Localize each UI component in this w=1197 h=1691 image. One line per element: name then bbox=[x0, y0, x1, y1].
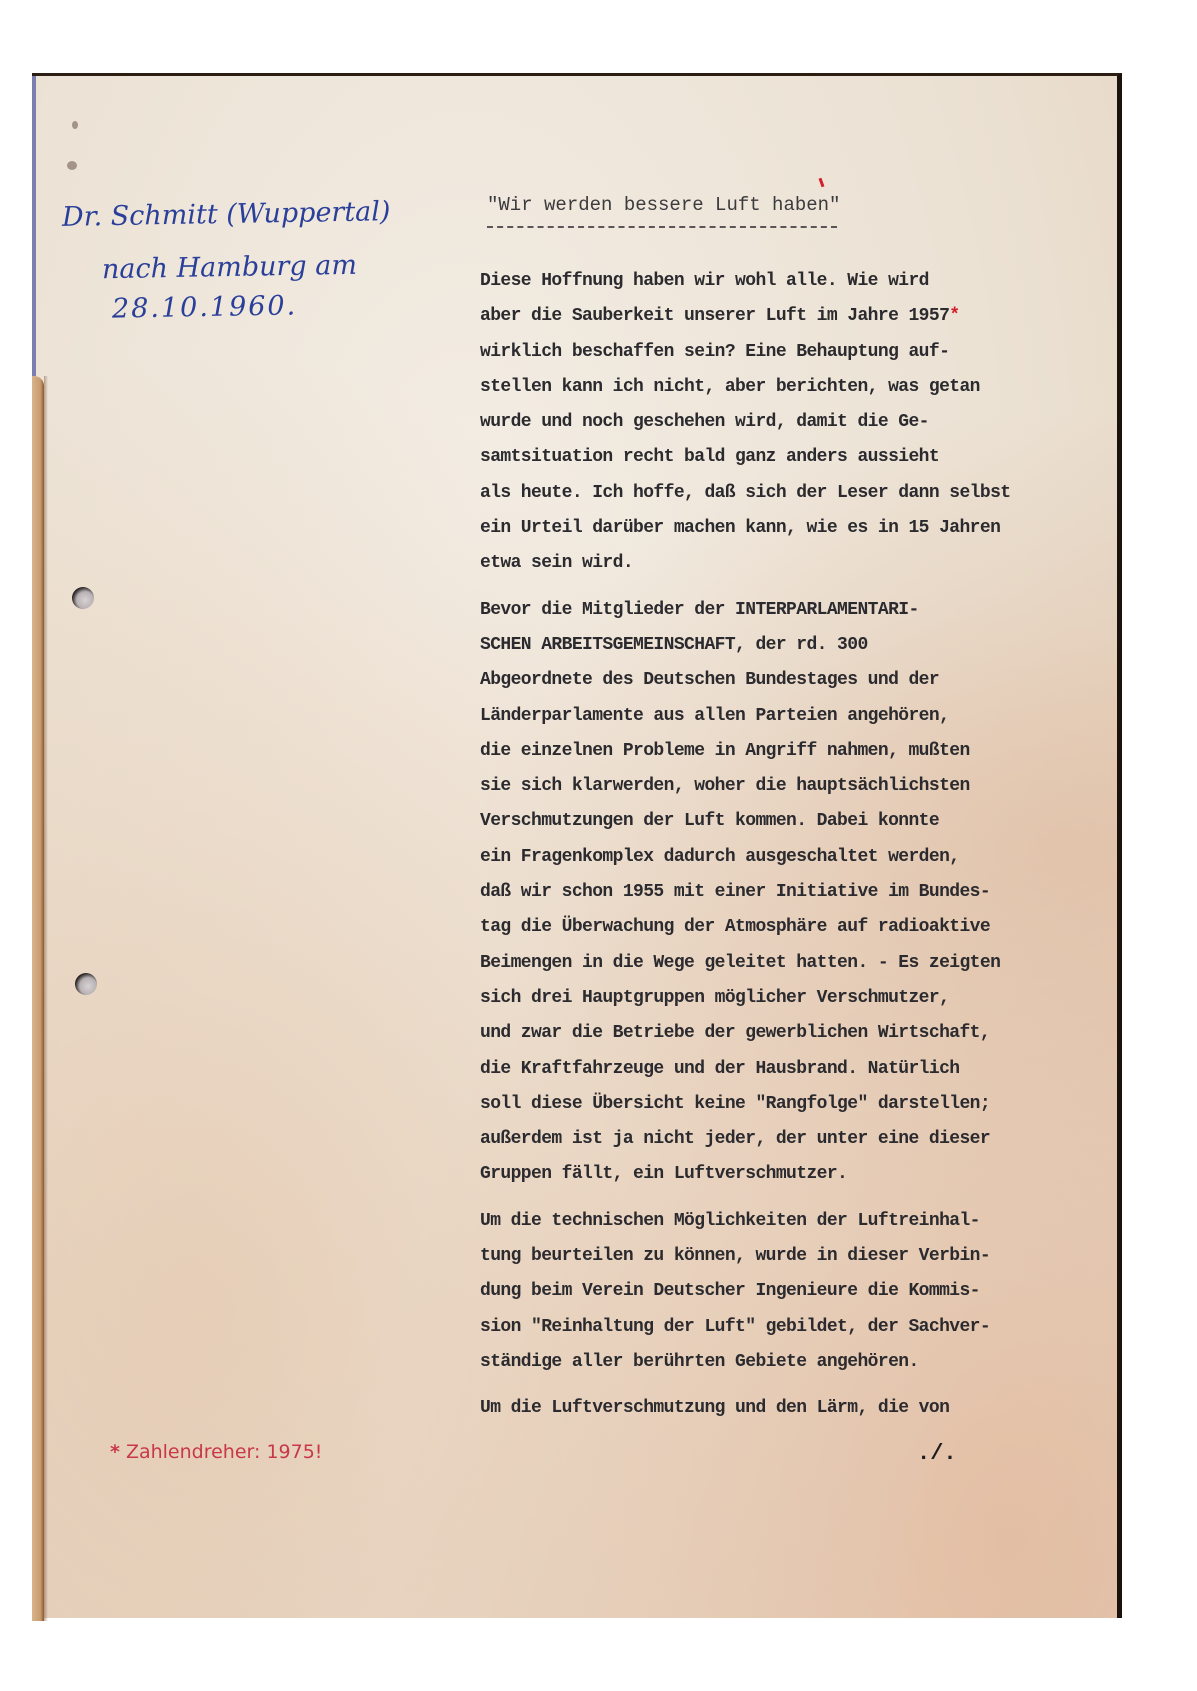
text-line: Diese Hoffnung haben wir wohl alle. Wie … bbox=[480, 264, 1080, 299]
text-line: samtsituation recht bald ganz anders aus… bbox=[480, 440, 1080, 475]
text-line: Um die Luftverschmutzung und den Lärm, d… bbox=[480, 1391, 1080, 1426]
red-correction-mark bbox=[819, 178, 825, 187]
title-underline bbox=[487, 226, 837, 228]
paragraph: Um die technischen Möglichkeiten der Luf… bbox=[480, 1204, 1080, 1380]
text-line: etwa sein wird. bbox=[480, 546, 1080, 581]
binding-edge bbox=[32, 376, 44, 1621]
handwritten-note-line: 28.10.1960. bbox=[112, 292, 298, 322]
text-line: ein Urteil darüber machen kann, wie es i… bbox=[480, 511, 1080, 546]
paragraph: Diese Hoffnung haben wir wohl alle. Wie … bbox=[480, 264, 1080, 582]
text-line: die Kraftfahrzeuge und der Hausbrand. Na… bbox=[480, 1052, 1080, 1087]
continuation-mark: ./. bbox=[917, 1441, 957, 1466]
staple-mark bbox=[67, 161, 77, 170]
text-line: Länderparlamente aus allen Parteien ange… bbox=[480, 699, 1080, 734]
text-line: Abgeordnete des Deutschen Bundestages un… bbox=[480, 663, 1080, 698]
handwritten-note-line: Dr. Schmitt (Wuppertal) bbox=[62, 198, 391, 231]
binding-shadow bbox=[44, 376, 48, 1621]
footnote: *Zahlendreher: 1975! bbox=[110, 1441, 322, 1463]
text-line: Um die technischen Möglichkeiten der Luf… bbox=[480, 1204, 1080, 1239]
text-line: stellen kann ich nicht, aber berichten, … bbox=[480, 370, 1080, 405]
footnote-marker: * bbox=[110, 1441, 120, 1463]
footnote-text: Zahlendreher: 1975! bbox=[126, 1441, 322, 1463]
punch-hole bbox=[75, 973, 97, 995]
text-line: tung beurteilen zu können, wurde in dies… bbox=[480, 1239, 1080, 1274]
text-line: die einzelnen Probleme in Angriff nahmen… bbox=[480, 734, 1080, 769]
text-line: ständige aller berührten Gebiete angehör… bbox=[480, 1345, 1080, 1380]
text-line: wirklich beschaffen sein? Eine Behauptun… bbox=[480, 335, 1080, 370]
text-line: Gruppen fällt, ein Luftverschmutzer. bbox=[480, 1157, 1080, 1192]
paragraph: Um die Luftverschmutzung und den Lärm, d… bbox=[480, 1391, 1080, 1426]
text-line: Verschmutzungen der Luft kommen. Dabei k… bbox=[480, 804, 1080, 839]
text-line: wurde und noch geschehen wird, damit die… bbox=[480, 405, 1080, 440]
text-line: sion "Reinhaltung der Luft" gebildet, de… bbox=[480, 1310, 1080, 1345]
document-title: "Wir werden bessere Luft haben" bbox=[487, 194, 840, 216]
text-line: Bevor die Mitglieder der INTERPARLAMENTA… bbox=[480, 593, 1080, 628]
punch-hole bbox=[72, 587, 94, 609]
text-line: tag die Überwachung der Atmosphäre auf r… bbox=[480, 910, 1080, 945]
text-line: als heute. Ich hoffe, daß sich der Leser… bbox=[480, 476, 1080, 511]
text-line: außerdem ist ja nicht jeder, der unter e… bbox=[480, 1122, 1080, 1157]
text-line: sich drei Hauptgruppen möglicher Verschm… bbox=[480, 981, 1080, 1016]
paragraph: Bevor die Mitglieder der INTERPARLAMENTA… bbox=[480, 593, 1080, 1193]
text-line: ein Fragenkomplex dadurch ausgeschaltet … bbox=[480, 840, 1080, 875]
staple-mark bbox=[72, 121, 78, 129]
footnote-marker: * bbox=[949, 306, 959, 326]
scanned-page: Dr. Schmitt (Wuppertal) nach Hamburg am … bbox=[32, 73, 1122, 1618]
text-line: daß wir schon 1955 mit einer Initiative … bbox=[480, 875, 1080, 910]
text-line: sie sich klarwerden, woher die hauptsäch… bbox=[480, 769, 1080, 804]
text-line: und zwar die Betriebe der gewerblichen W… bbox=[480, 1016, 1080, 1051]
text-line: dung beim Verein Deutscher Ingenieure di… bbox=[480, 1274, 1080, 1309]
text-line: aber die Sauberkeit unserer Luft im Jahr… bbox=[480, 299, 1080, 334]
text-line: SCHEN ARBEITSGEMEINSCHAFT, der rd. 300 bbox=[480, 628, 1080, 663]
page-edge bbox=[32, 76, 36, 376]
handwritten-note-line: nach Hamburg am bbox=[102, 252, 357, 283]
document-body: Diese Hoffnung haben wir wohl alle. Wie … bbox=[480, 264, 1080, 1438]
text-line: soll diese Übersicht keine "Rangfolge" d… bbox=[480, 1087, 1080, 1122]
text-line: Beimengen in die Wege geleitet hatten. -… bbox=[480, 946, 1080, 981]
